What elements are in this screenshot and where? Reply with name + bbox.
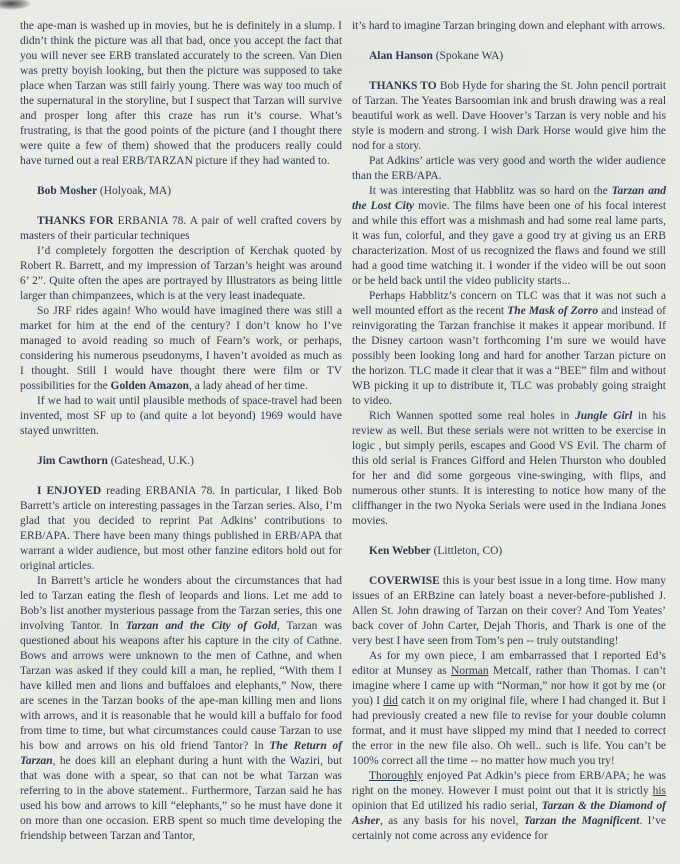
text-run: Ken Webber	[369, 545, 431, 557]
text-run: THANKS TO	[369, 80, 437, 92]
text-run: Jungle Girl	[575, 410, 632, 422]
text-run: opinion that Ed utilized his radio seria…	[352, 800, 542, 812]
letter-author-heading: Alan Hanson (Spokane WA)	[352, 49, 666, 64]
letter-paragraph: As for my own piece, I am embarrassed th…	[352, 649, 666, 769]
text-run: , Tarzan was questioned about his weapon…	[20, 620, 342, 752]
text-run: It was interesting that Habblitz was so …	[369, 185, 612, 197]
text-run: (Spokane WA)	[433, 50, 503, 62]
letter-paragraph: Thoroughly enjoyed Pat Adkin’s piece fro…	[352, 769, 666, 844]
text-run: , he does kill an elephant during a hunt…	[20, 755, 342, 842]
scanned-letters-page: the ape-man is washed up in movies, but …	[0, 0, 680, 864]
text-run: The Mask of Zorro	[507, 305, 598, 317]
letter-author-heading: Bob Mosher (Holyoak, MA)	[20, 184, 342, 199]
text-run: Tarzan the Magnificent	[524, 815, 640, 827]
text-run: COVERWISE	[369, 575, 440, 587]
two-column-text-layout: the ape-man is washed up in movies, but …	[20, 19, 666, 844]
text-run: (Gateshead, U.K.)	[108, 455, 194, 467]
text-run: Tarzan and the City of Gold	[126, 620, 277, 632]
text-run: in his review as well. But these serials…	[352, 410, 666, 527]
text-run: I ENJOYED	[37, 485, 101, 497]
letter-paragraph: In Barrett’s article he wonders about th…	[20, 574, 342, 844]
text-run: movie. The films have been one of his fo…	[352, 200, 666, 287]
letter-paragraph: It was interesting that Habblitz was so …	[352, 184, 666, 289]
text-run: Norman	[451, 665, 488, 677]
letter-paragraph: So JRF rides again! Who would have imagi…	[20, 304, 342, 394]
text-run: Rich Wannen spotted some real holes in	[369, 410, 575, 422]
text-run: the ape-man is washed up in movies, but …	[20, 20, 342, 167]
left-text-column: the ape-man is washed up in movies, but …	[20, 19, 342, 844]
right-text-column: it’s hard to imagine Tarzan bringing dow…	[352, 19, 666, 844]
text-run: reading ERBANIA 78. In particular, I lik…	[20, 485, 342, 572]
letter-author-heading: Jim Cawthorn (Gateshead, U.K.)	[20, 454, 342, 469]
letter-paragraph: THANKS TO Bob Hyde for sharing the St. J…	[352, 79, 666, 154]
text-run: Pat Adkins’ article was very good and wo…	[352, 155, 666, 182]
letter-author-heading: Ken Webber (Littleton, CO)	[352, 544, 666, 559]
text-run: I’d completely forgotten the description…	[20, 245, 342, 302]
text-run: Bob Mosher	[37, 185, 97, 197]
letter-paragraph: I ENJOYED reading ERBANIA 78. In particu…	[20, 484, 342, 574]
text-run: his	[653, 785, 666, 797]
letter-paragraph: Rich Wannen spotted some real holes in J…	[352, 409, 666, 529]
text-run: Golden Amazon	[111, 380, 189, 392]
text-run: and instead of reinvigorating the Tarzan…	[352, 305, 666, 407]
letter-paragraph: the ape-man is washed up in movies, but …	[20, 19, 342, 169]
letter-paragraph: Perhaps Habblitz’s concern on TLC was th…	[352, 289, 666, 409]
text-run: , a lady ahead of her time.	[189, 380, 308, 392]
letter-paragraph: THANKS FOR ERBANIA 78. A pair of well cr…	[20, 214, 342, 244]
scan-artifact-smudge	[0, 0, 44, 12]
letter-paragraph: COVERWISE this is your best issue in a l…	[352, 574, 666, 649]
letter-paragraph: If we had to wait until plausible method…	[20, 394, 342, 439]
text-run: did	[383, 695, 398, 707]
letter-paragraph: it’s hard to imagine Tarzan bringing dow…	[352, 19, 666, 34]
text-run: (Littleton, CO)	[431, 545, 502, 557]
text-run: So JRF rides again! Who would have imagi…	[20, 305, 342, 392]
text-run: (Holyoak, MA)	[97, 185, 171, 197]
text-run: If we had to wait until plausible method…	[20, 395, 342, 437]
text-run: Jim Cawthorn	[37, 455, 108, 467]
text-run: Alan Hanson	[369, 50, 433, 62]
text-run: it’s hard to imagine Tarzan bringing dow…	[352, 20, 665, 32]
text-run: THANKS FOR	[37, 215, 114, 227]
letter-paragraph: I’d completely forgotten the description…	[20, 244, 342, 304]
letter-paragraph: Pat Adkins’ article was very good and wo…	[352, 154, 666, 184]
text-run: catch it on my original file, where I ha…	[352, 695, 666, 767]
text-run: , as any basis for his novel,	[380, 815, 524, 827]
text-run: Thoroughly	[369, 770, 423, 782]
